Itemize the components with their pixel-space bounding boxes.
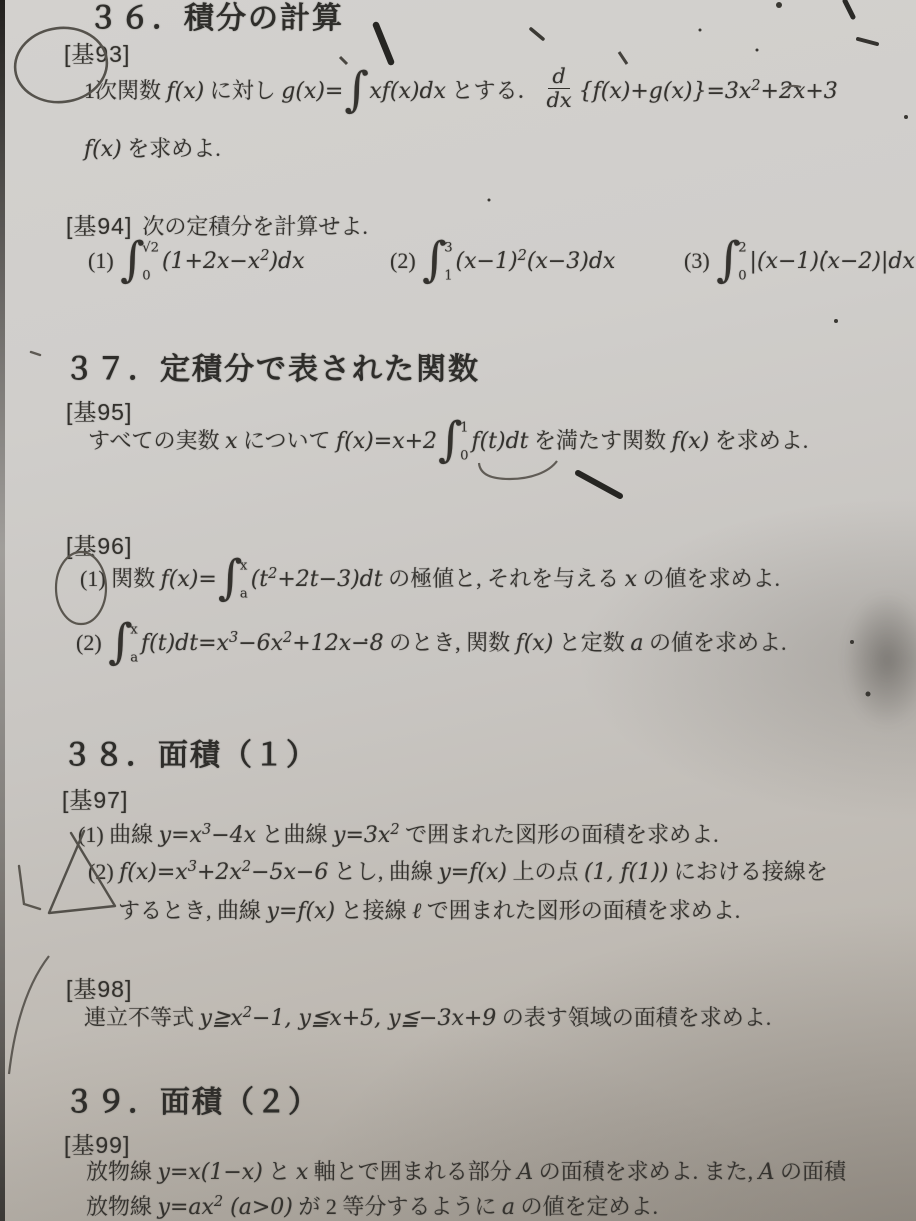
problem-94-intro: 次の定積分を計算せよ.: [142, 214, 368, 239]
problem-98-line-1: 連立不等式 y≧x2−1, y≦x+5, y≦−3x+9 の表す領域の面積を求め…: [84, 1003, 771, 1034]
photo-corner-shadow: [0, 0, 70, 130]
problem-99-line-2: 放物線 y=ax2 (a>0) が 2 等分するように a の値を定めよ.: [86, 1192, 658, 1221]
problem-97-item-2-line-1: (2) f(x)=x3+2x2−5x−6 とし, 曲線 y=f(x) 上の点 (…: [88, 857, 828, 888]
problem-99-label: [基99]: [64, 1127, 130, 1160]
pencil-arc-98: [9, 956, 49, 1074]
problem-94-item-1: (1) ∫√20(1+2x−x2)dx: [88, 240, 305, 284]
pencil-l-mark-97: [19, 866, 40, 909]
problem-94-item-2: (2) ∫31(x−1)2(x−3)dx: [390, 240, 615, 284]
photo-edge: [0, 0, 5, 1221]
problem-97-item-2-line-2: するとき, 曲線 y=f(x) と接線 ℓ で囲まれた図形の面積を求めよ.: [118, 896, 740, 927]
problem-93-line-1: 1次関数 f(x) に対し g(x)=∫xf(x)dx とする．ddx{f(x)…: [84, 68, 838, 116]
corner-mark-top-right: [845, 1, 853, 17]
problem-93-label: [基93]: [64, 36, 130, 69]
problem-97-item-1: (1) 曲線 y=x3−4x と曲線 y=3x2 で囲まれた図形の面積を求めよ.: [78, 820, 719, 851]
bold-stroke-top-icon: [376, 25, 391, 62]
dash-left-of-37: [31, 352, 40, 355]
problem-96-item-1: (1) 関数 f(x)=∫xa(t2+2t−3)dt の極値と, それを与える …: [80, 558, 780, 602]
pencil-annotations-overlay: [0, 0, 916, 1221]
dash-top-right: [858, 39, 877, 44]
problem-98-label: [基98]: [66, 971, 132, 1004]
pencil-underbrace-95: [479, 461, 557, 479]
bold-stroke-95-icon: [578, 473, 620, 496]
problem-96-label: [基96]: [66, 528, 132, 561]
small-mark-top-center: [531, 29, 543, 39]
section-38-heading: ３８．面積（１）: [62, 730, 318, 774]
section-36-heading: ３６．積分の計算: [88, 0, 344, 37]
section-37-heading: ３７．定積分で表された関数: [64, 344, 480, 388]
problem-96-item-2: (2) ∫xaf(t)dt=x3−6x2+12x−8 のとき, 関数 f(x) …: [76, 622, 786, 666]
problem-95-line-1: すべての実数 x について f(x)=x+2∫10f(t)dt を満たす関数 f…: [88, 420, 808, 464]
problem-99-line-1: 放物線 y=x(1−x) と x 軸とで囲まれる部分 A の面積を求めよ. また…: [86, 1157, 846, 1188]
problem-94-item-3: (3) ∫20|(x−1)(x−2)|dx: [684, 240, 915, 284]
problem-97-label: [基97]: [62, 782, 128, 815]
problem-93-line-2: f(x) を求めよ.: [84, 134, 221, 165]
section-39-heading: ３９．面積（２）: [64, 1077, 320, 1121]
photo-shadow-smudge: [844, 592, 916, 728]
textbook-page-photo: ３６．積分の計算 [基93] 1次関数 f(x) に対し g(x)=∫xf(x)…: [0, 0, 916, 1221]
problem-94-header: [基94]次の定積分を計算せよ.: [66, 211, 368, 242]
tick-right-of-title: [619, 52, 627, 64]
